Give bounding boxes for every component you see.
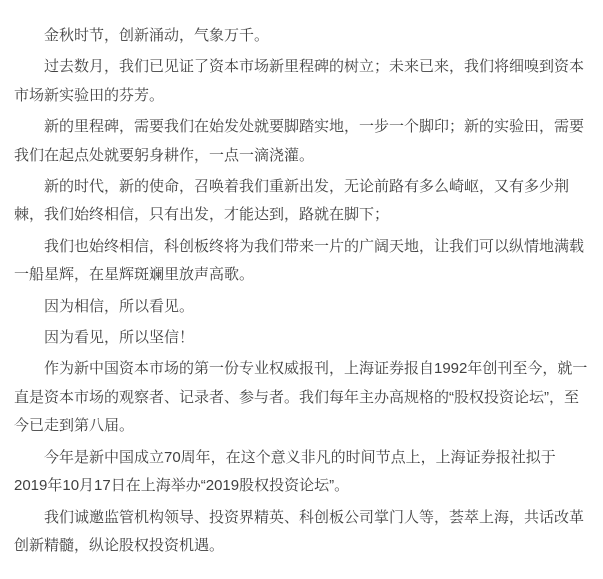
paragraph-9: 今年是新中国成立70周年，在这个意义非凡的时间节点上，上海证券报社拟于2019年… (14, 444, 588, 501)
article-body: 金秋时节，创新涌动，气象万千。 过去数月，我们已见证了资本市场新里程碑的树立；未… (0, 0, 603, 579)
paragraph-4: 新的时代，新的使命，召唤着我们重新出发，无论前路有多么崎岖，又有多少荆棘，我们始… (14, 173, 588, 230)
paragraph-2: 过去数月，我们已见证了资本市场新里程碑的树立；未来已来，我们将细嗅到资本市场新实… (14, 53, 588, 110)
paragraph-6: 因为相信，所以看见。 (14, 293, 588, 321)
paragraph-5: 我们也始终相信，科创板终将为我们带来一片的广阔天地，让我们可以纵情地满载一船星辉… (14, 233, 588, 290)
paragraph-1: 金秋时节，创新涌动，气象万千。 (14, 22, 588, 50)
paragraph-8: 作为新中国资本市场的第一份专业权威报刊，上海证券报自1992年创刊至今，就一直是… (14, 355, 588, 440)
paragraph-3: 新的里程碑，需要我们在始发处就要脚踏实地，一步一个脚印；新的实验田，需要我们在起… (14, 113, 588, 170)
paragraph-7: 因为看见，所以坚信！ (14, 324, 588, 352)
paragraph-10: 我们诚邀监管机构领导、投资界精英、科创板公司掌门人等，荟萃上海，共话改革创新精髓… (14, 504, 588, 561)
